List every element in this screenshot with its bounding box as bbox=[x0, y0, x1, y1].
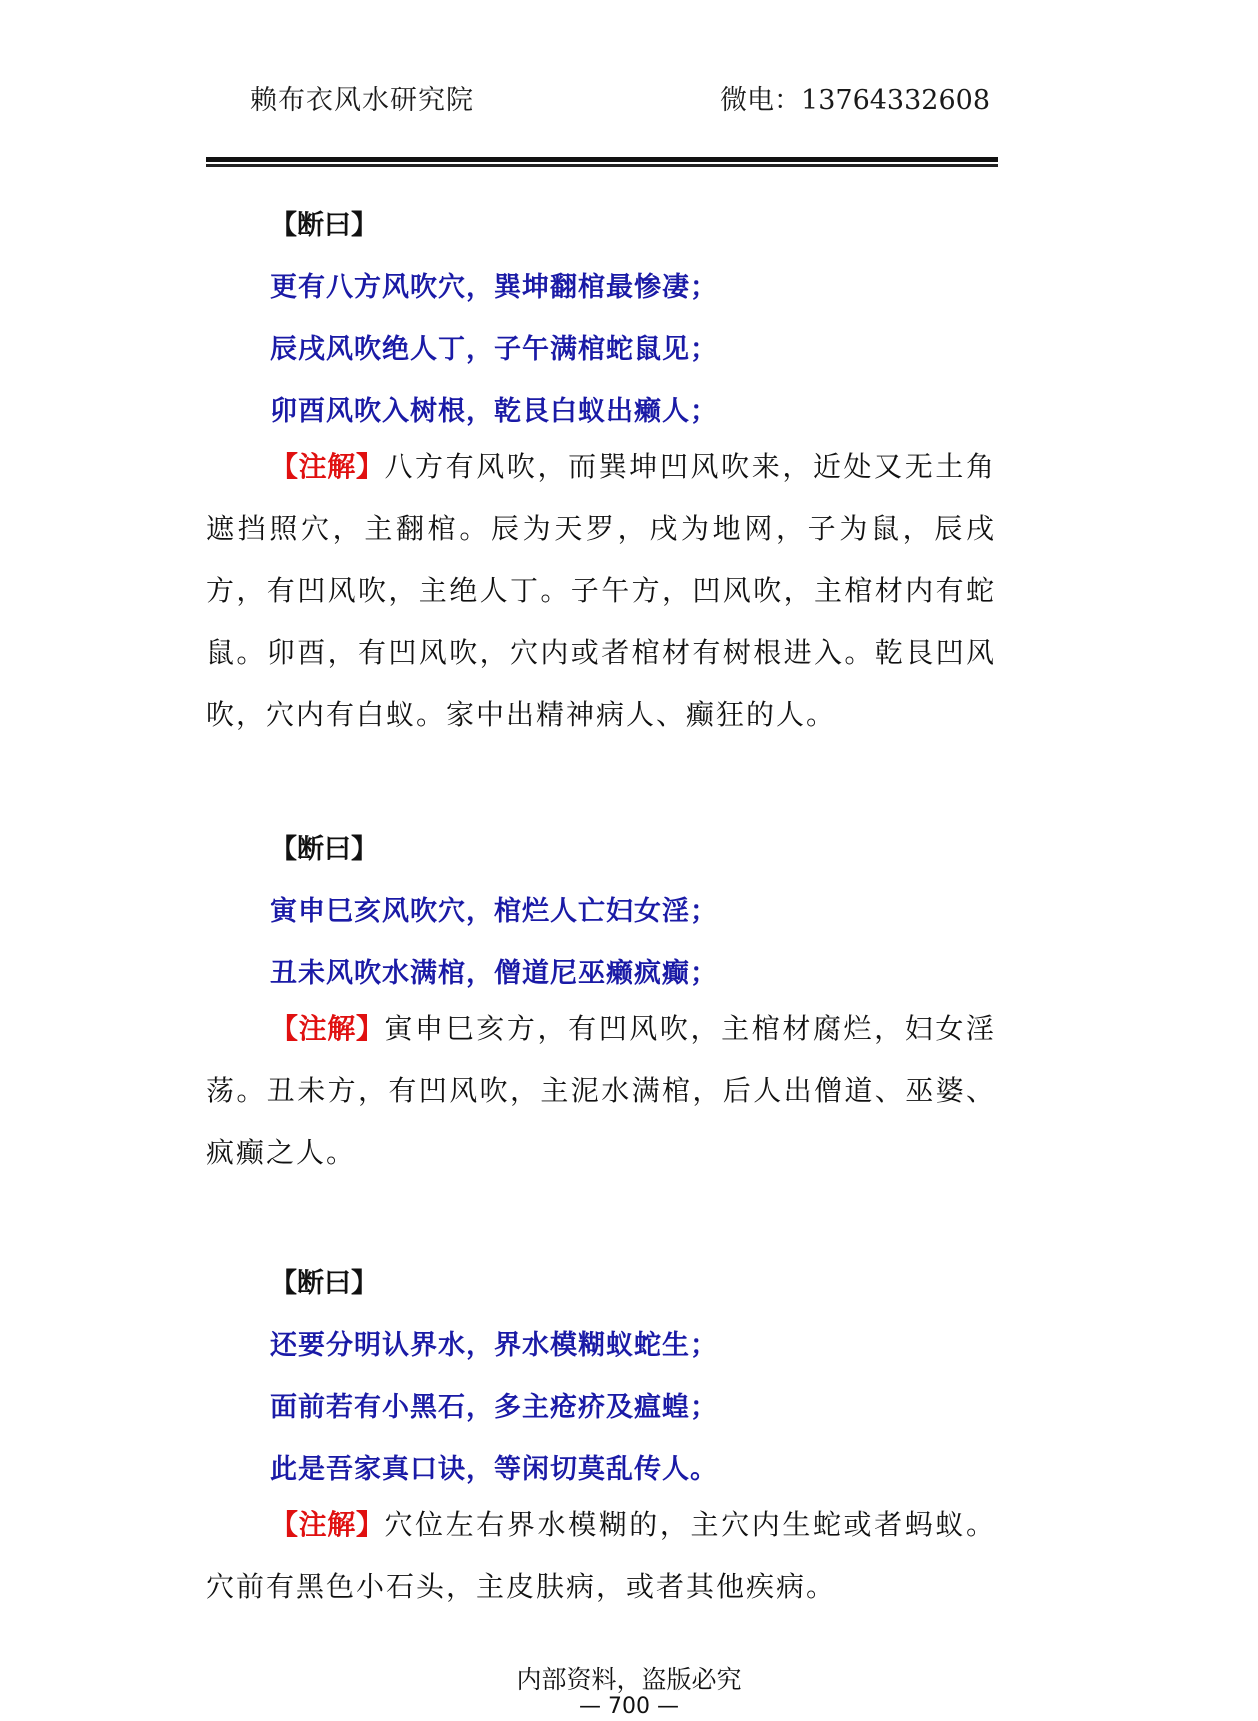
annotation-paragraph: 【注解】穴位左右界水模糊的，主穴内生蛇或者蚂蚁。穴前有黑色小石头，主皮肤病，或者… bbox=[206, 1494, 996, 1618]
annotation-paragraph: 【注解】八方有风吹，而巽坤凹风吹来，近处又无土角遮挡照穴，主翻棺。辰为天罗，戌为… bbox=[206, 436, 996, 746]
section-heading: 【断曰】 bbox=[206, 1264, 996, 1326]
annotation-label: 【注解】 bbox=[270, 1012, 384, 1045]
verse-line: 还要分明认界水，界水模糊蚁蛇生； bbox=[206, 1326, 996, 1388]
verse-section-3: 【断曰】 还要分明认界水，界水模糊蚁蛇生； 面前若有小黑石，多主疮疥及瘟蝗； 此… bbox=[206, 1264, 996, 1618]
page-number: — 700 — bbox=[0, 1694, 1258, 1719]
organization-name: 赖布衣风水研究院 bbox=[250, 78, 474, 117]
section-heading: 【断曰】 bbox=[206, 206, 996, 268]
annotation-label: 【注解】 bbox=[270, 450, 384, 483]
annotation-label: 【注解】 bbox=[270, 1508, 384, 1541]
verse-line: 面前若有小黑石，多主疮疥及瘟蝗； bbox=[206, 1388, 996, 1450]
verse-section-1: 【断曰】 更有八方风吹穴，巽坤翻棺最惨凄； 辰戌风吹绝人丁，子午满棺蛇鼠见； 卯… bbox=[206, 206, 996, 746]
contact-phone: 微电：13764332608 bbox=[720, 78, 990, 117]
copyright-notice: 内部资料，盗版必究 bbox=[0, 1660, 1258, 1696]
annotation-text: 八方有风吹，而巽坤凹风吹来，近处又无土角遮挡照穴，主翻棺。辰为天罗，戌为地网，子… bbox=[206, 450, 996, 731]
header-divider bbox=[206, 157, 998, 167]
page-header: 赖布衣风水研究院 微电：13764332608 bbox=[250, 78, 990, 118]
verse-line: 寅申巳亥风吹穴，棺烂人亡妇女淫； bbox=[206, 892, 996, 954]
annotation-paragraph: 【注解】寅申巳亥方，有凹风吹，主棺材腐烂，妇女淫荡。丑未方，有凹风吹，主泥水满棺… bbox=[206, 998, 996, 1184]
verse-line: 辰戌风吹绝人丁，子午满棺蛇鼠见； bbox=[206, 330, 996, 392]
section-heading: 【断曰】 bbox=[206, 830, 996, 892]
verse-line: 更有八方风吹穴，巽坤翻棺最惨凄； bbox=[206, 268, 996, 330]
verse-section-2: 【断曰】 寅申巳亥风吹穴，棺烂人亡妇女淫； 丑未风吹水满棺，僧道尼巫癞疯癫； 【… bbox=[206, 830, 996, 1184]
